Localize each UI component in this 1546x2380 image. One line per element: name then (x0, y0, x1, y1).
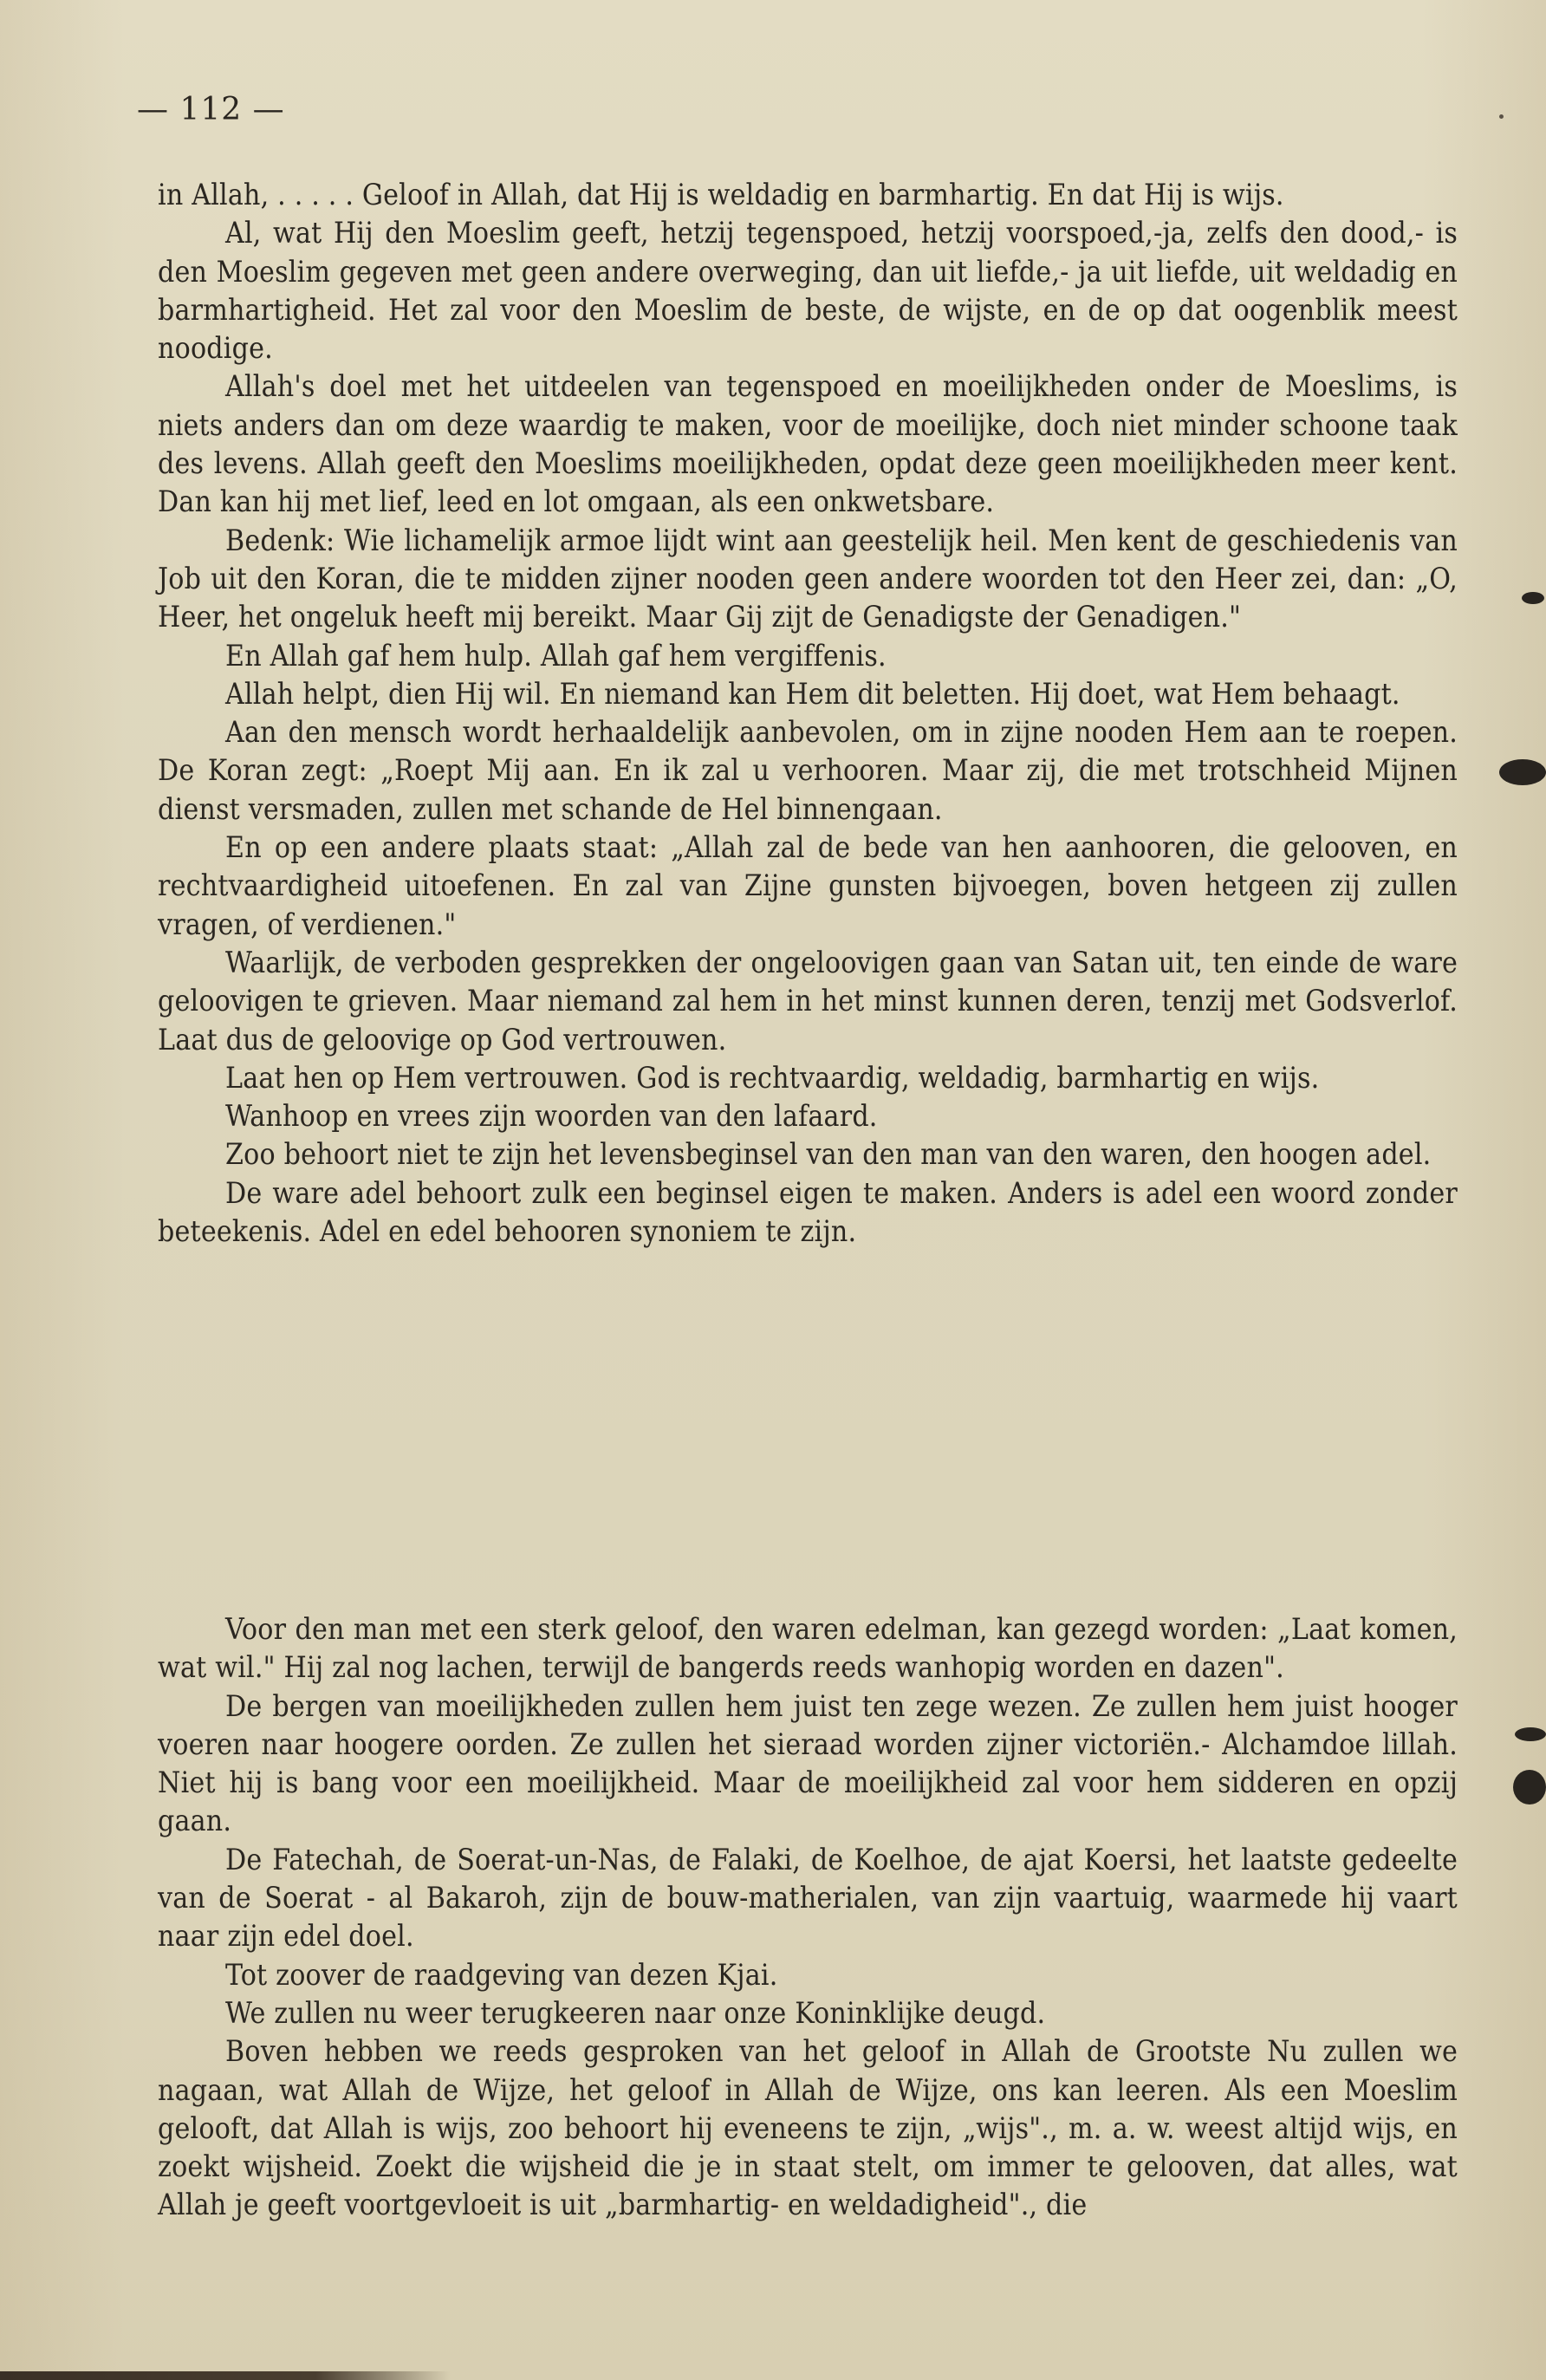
paragraph: Wanhoop en vrees zijn woorden van den la… (158, 1097, 1458, 1135)
paragraph: De Fatechah, de Soerat-un-Nas, de Falaki… (158, 1841, 1458, 1956)
ink-blot-mark (1499, 759, 1546, 785)
paragraph: Aan den mensch wordt herhaaldelijk aanbe… (158, 713, 1458, 829)
paragraph: Tot zoover de raadgeving van dezen Kjai. (158, 1956, 1458, 1994)
ink-blot-mark (1515, 1727, 1546, 1741)
paragraph: Laat hen op Hem vertrouwen. God is recht… (158, 1059, 1458, 1097)
scanned-book-page: — 112 — in Allah, . . . . . Geloof in Al… (0, 0, 1546, 2380)
paragraph: Boven hebben we reeds gesproken van het … (158, 2032, 1458, 2224)
paragraph: Allah's doel met het uitdeelen van tegen… (158, 367, 1458, 521)
paragraph: De ware adel behoort zulk een beginsel e… (158, 1174, 1458, 1252)
paragraph: Voor den man met een sterk geloof, den w… (158, 1610, 1458, 1687)
speck-mark (1499, 114, 1504, 119)
paragraph: Waarlijk, de verboden gesprekken der ong… (158, 944, 1458, 1059)
paragraph: in Allah, . . . . . Geloof in Allah, dat… (158, 176, 1458, 214)
paragraph: Allah helpt, dien Hij wil. En niemand ka… (158, 675, 1458, 713)
ink-blot-mark (1513, 1770, 1546, 1805)
paragraph: We zullen nu weer terugkeeren naar onze … (158, 1994, 1458, 2032)
page-number: — 112 — (137, 92, 285, 127)
paragraph: Al, wat Hij den Moeslim geeft, hetzij te… (158, 214, 1458, 367)
paragraph: En Allah gaf hem hulp. Allah gaf hem ver… (158, 637, 1458, 675)
paragraph: Bedenk: Wie lichamelijk armoe lijdt wint… (158, 522, 1458, 637)
paragraph: Zoo behoort niet te zijn het levensbegin… (158, 1135, 1458, 1174)
page-bottom-edge (0, 2371, 451, 2380)
body-text-section-1: in Allah, . . . . . Geloof in Allah, dat… (158, 176, 1458, 1251)
paragraph: En op een andere plaats staat: „Allah za… (158, 829, 1458, 944)
body-text-section-2: Voor den man met een sterk geloof, den w… (158, 1610, 1458, 2225)
paragraph: De bergen van moeilijkheden zullen hem j… (158, 1687, 1458, 1841)
ink-blot-mark (1522, 592, 1544, 604)
